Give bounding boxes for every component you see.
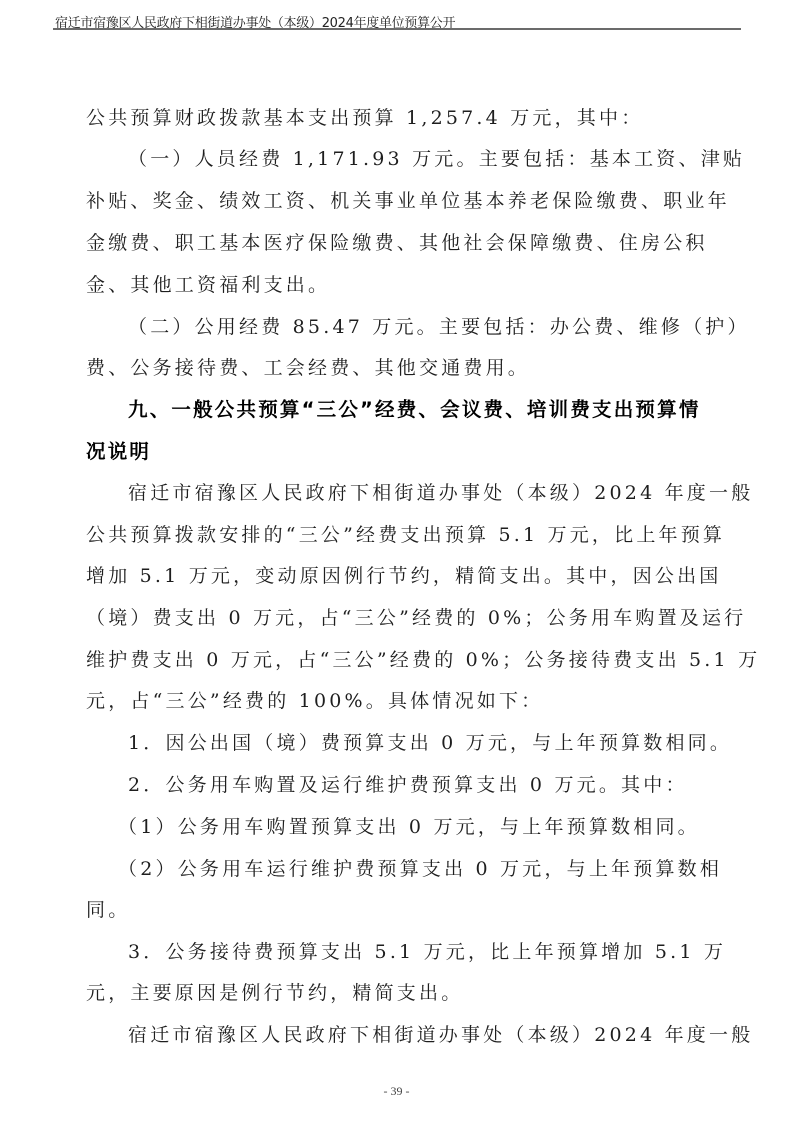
page-number: - 39 - bbox=[0, 1084, 793, 1099]
list-item: 1．因公出国（境）费预算支出 0 万元，与上年预算数相同。 bbox=[128, 731, 732, 755]
list-item: 3．公务接待费预算支出 5.1 万元，比上年预算增加 5.1 万 bbox=[128, 940, 726, 964]
paragraph-line: 公共预算拨款安排的“三公”经费支出预算 5.1 万元，比上年预算 bbox=[86, 523, 725, 547]
paragraph-line: 金缴费、职工基本医疗保险缴费、其他社会保障缴费、住房公积 bbox=[86, 231, 708, 255]
paragraph-line: （境）费支出 0 万元，占“三公”经费的 0%；公务用车购置及运行 bbox=[86, 606, 746, 630]
paragraph-line: 金、其他工资福利支出。 bbox=[86, 273, 330, 297]
paragraph-line: 宿迁市宿豫区人民政府下相街道办事处（本级）2024 年度一般 bbox=[128, 1023, 753, 1047]
section-heading: 况说明 bbox=[86, 440, 151, 464]
paragraph-line: 宿迁市宿豫区人民政府下相街道办事处（本级）2024 年度一般 bbox=[128, 481, 753, 505]
paragraph-line: 同。 bbox=[86, 898, 130, 922]
paragraph-line: 增加 5.1 万元，变动原因例行节约，精简支出。其中，因公出国 bbox=[86, 564, 722, 588]
list-item: （2）公务用车运行维护费预算支出 0 万元，与上年预算数相 bbox=[118, 857, 722, 881]
paragraph-line: 补贴、奖金、绩效工资、机关事业单位基本养老保险缴费、职业年 bbox=[86, 189, 730, 213]
list-item: 2．公务用车购置及运行维护费预算支出 0 万元。其中： bbox=[128, 773, 688, 797]
paragraph-line: （二）公用经费 85.47 万元。主要包括：办公费、维修（护） bbox=[128, 315, 750, 339]
paragraph-line: （一）人员经费 1,171.93 万元。主要包括：基本工资、津贴 bbox=[128, 147, 745, 171]
header-divider bbox=[53, 28, 741, 30]
paragraph-line: 维护费支出 0 万元，占“三公”经费的 0%；公务接待费支出 5.1 万 bbox=[86, 648, 760, 672]
paragraph-line: 元，主要原因是例行节约，精简支出。 bbox=[86, 981, 463, 1005]
paragraph-line: 元，占“三公”经费的 100%。具体情况如下： bbox=[86, 689, 543, 713]
list-item: （1）公务用车购置预算支出 0 万元，与上年预算数相同。 bbox=[118, 815, 700, 839]
paragraph-line: 公共预算财政拨款基本支出预算 1,257.4 万元，其中： bbox=[86, 106, 643, 130]
section-heading: 九、一般公共预算“三公”经费、会议费、培训费支出预算情 bbox=[128, 398, 701, 422]
paragraph-line: 费、公务接待费、工会经费、其他交通费用。 bbox=[86, 356, 530, 380]
